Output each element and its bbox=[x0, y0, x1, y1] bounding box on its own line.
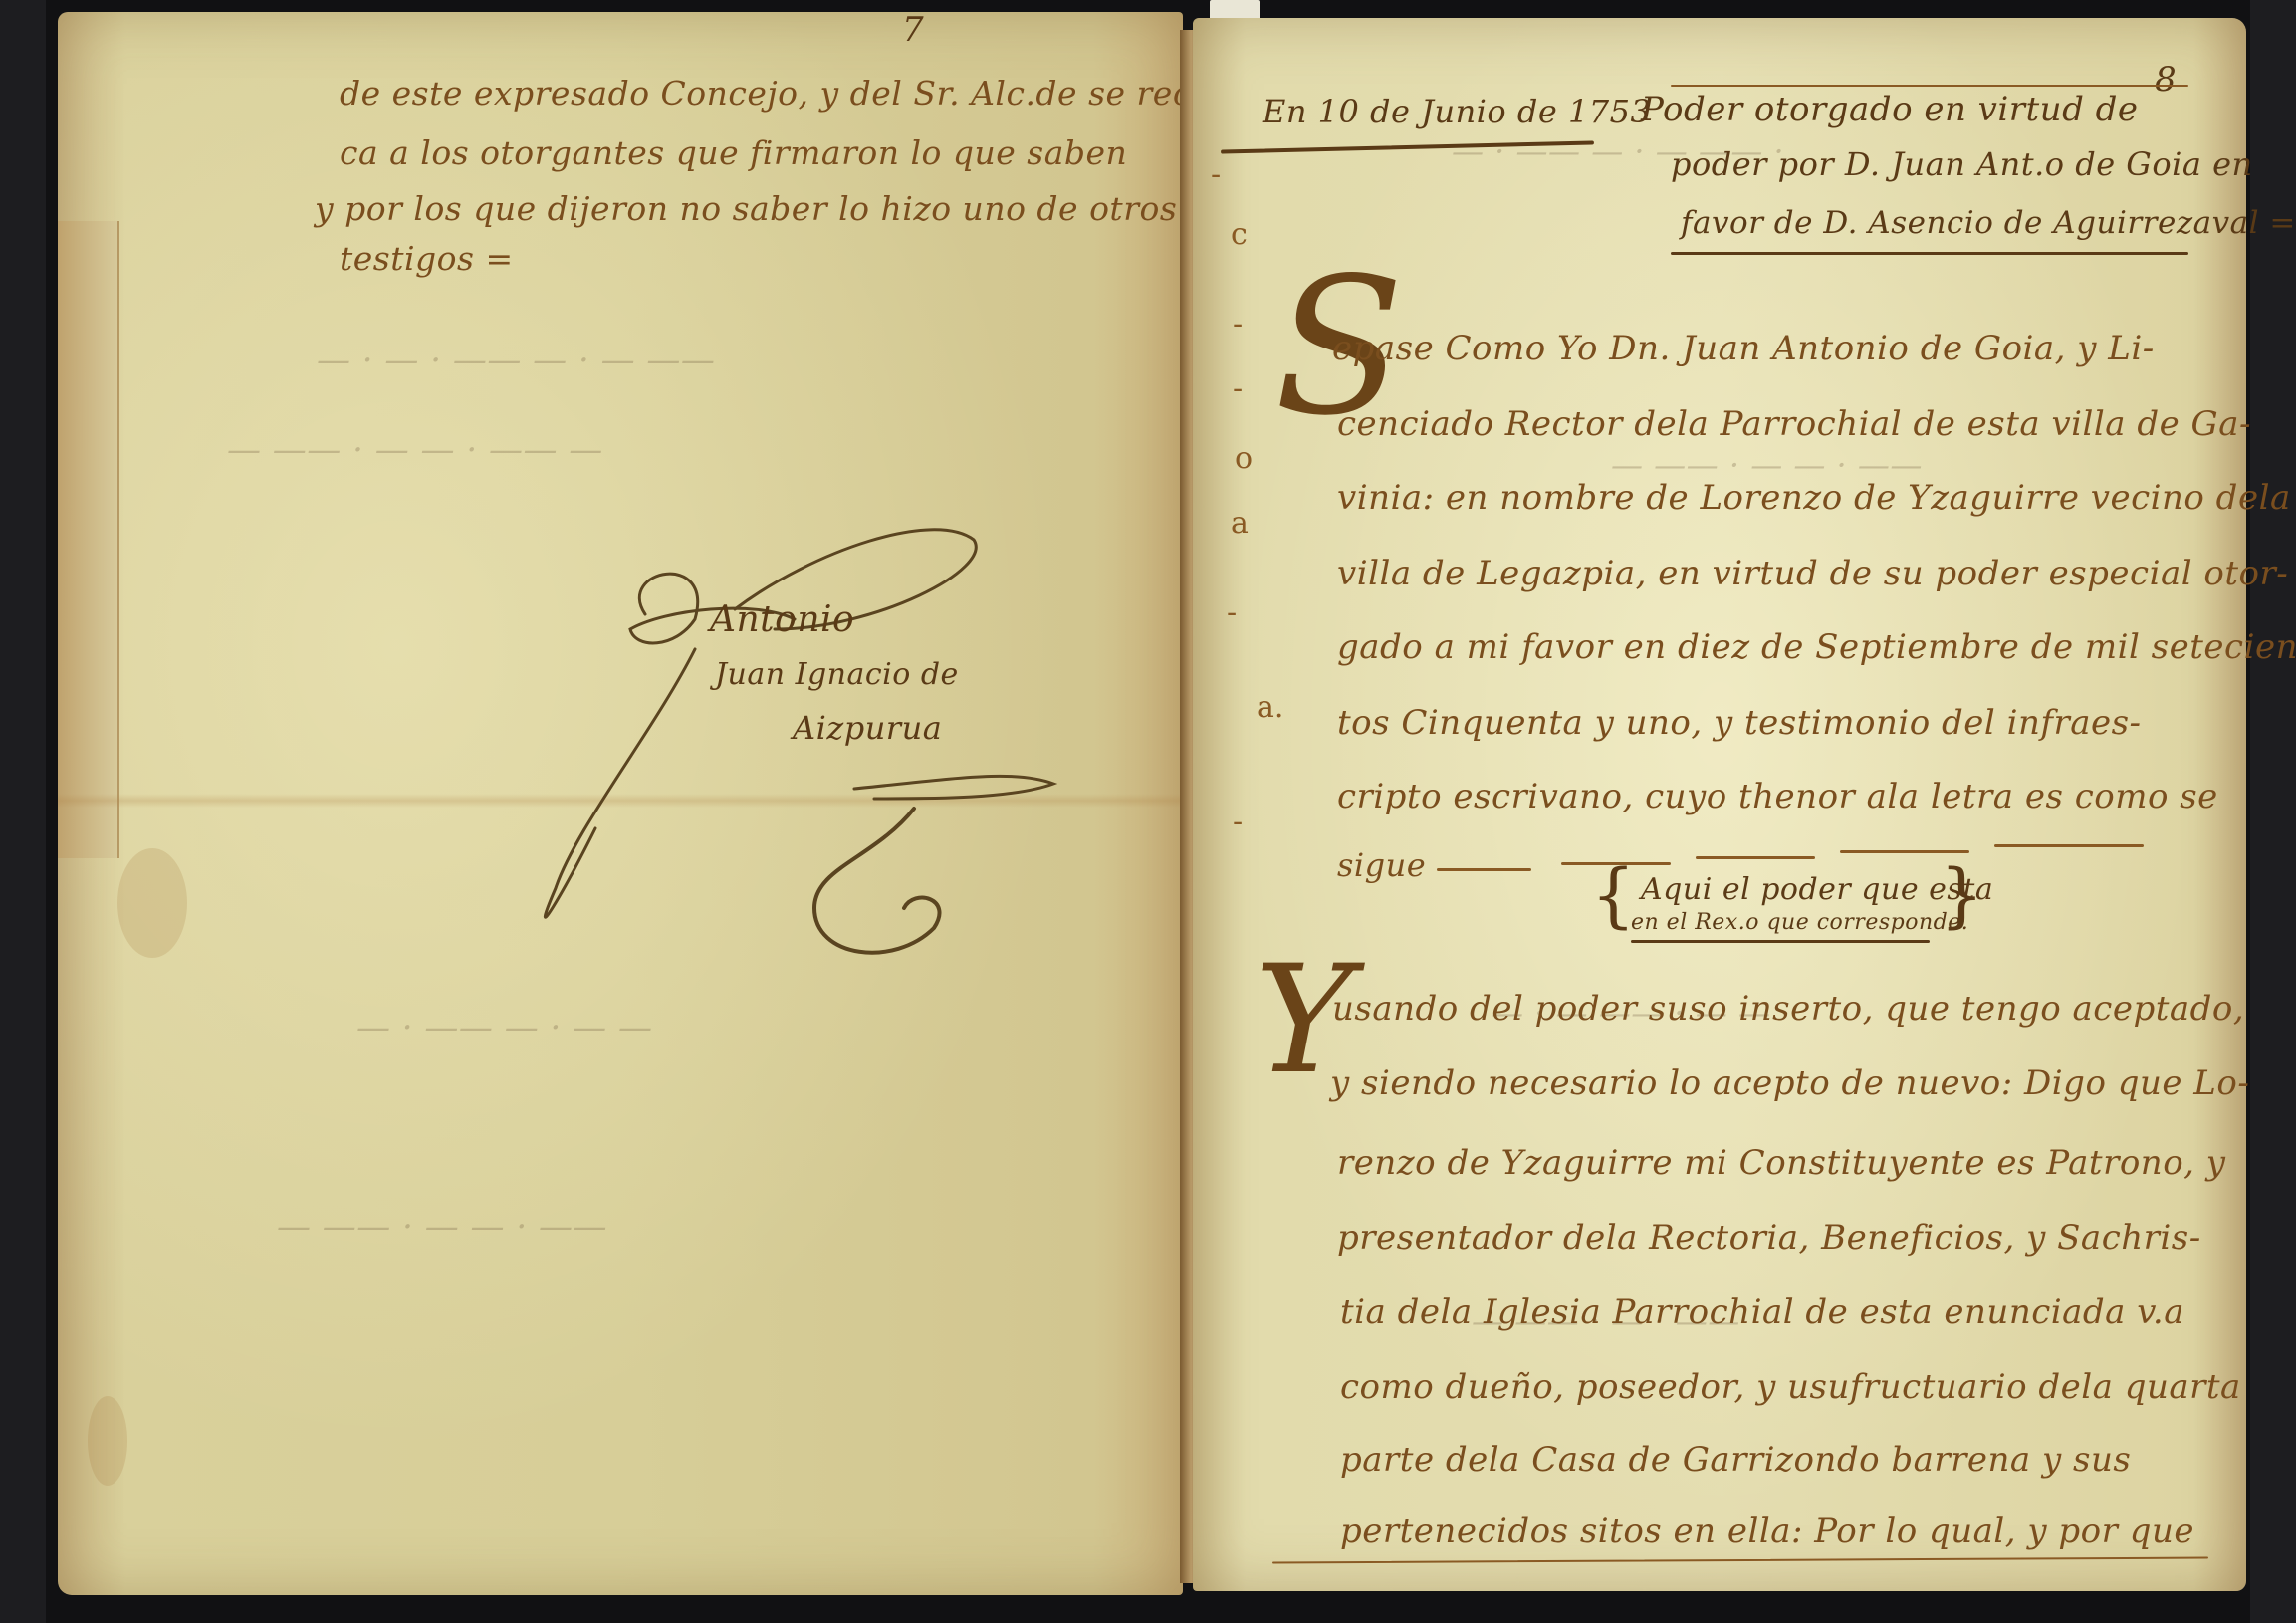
text-line: como dueño, poseedor, y usufructuario de… bbox=[1340, 1367, 2241, 1407]
text-line: parte dela Casa de Garrizondo barrena y … bbox=[1340, 1440, 2131, 1480]
folio-number: 8 bbox=[2155, 60, 2177, 100]
text-line: presentador dela Rectoria, Beneficios, y… bbox=[1337, 1218, 2201, 1258]
insert-note-line: en el Rex.o que corresponde. bbox=[1631, 910, 1968, 935]
title-overline bbox=[1671, 85, 2188, 87]
margin-mark: - bbox=[1233, 805, 1243, 839]
brace-right: } bbox=[1940, 854, 1984, 936]
closing-rule bbox=[1272, 1557, 2208, 1564]
brace-left: { bbox=[1591, 854, 1636, 936]
title-line: Poder otorgado en virtud de bbox=[1641, 90, 2139, 129]
text-line: epase Como Yo Dn. Juan Antonio de Goia, … bbox=[1332, 329, 2155, 368]
text-line: gado a mi favor en diez de Septiembre de… bbox=[1337, 627, 2296, 667]
margin-mark: o bbox=[1235, 441, 1253, 476]
margin-mark: a bbox=[1231, 506, 1249, 541]
margin-mark: - bbox=[1233, 307, 1243, 342]
title-underline bbox=[1671, 252, 2188, 255]
margin-mark: - bbox=[1233, 371, 1243, 406]
title-line: favor de D. Asencio de Aguirrezaval = bbox=[1681, 205, 2296, 241]
scanner-border-left bbox=[0, 0, 46, 1623]
date-header: En 10 de Junio de 1753 bbox=[1263, 93, 1651, 130]
text-line: sigue bbox=[1337, 846, 1426, 884]
text-line: villa de Legazpia, en virtud de su poder… bbox=[1337, 554, 2288, 593]
line-filler bbox=[1840, 850, 1969, 853]
margin-mark: c bbox=[1231, 217, 1248, 252]
text-line: pertenecidos sitos en ella: Por lo qual,… bbox=[1340, 1511, 2194, 1551]
signature-flourish-icon bbox=[58, 12, 1183, 1595]
right-page: — · —— — · — —— · — —— · — — · —— — · — … bbox=[1193, 18, 2246, 1591]
signature-line: Antonio bbox=[710, 599, 854, 640]
signature-line: Juan Ignacio de bbox=[715, 657, 959, 692]
text-line: tos Cinquenta y uno, y testimonio del in… bbox=[1337, 703, 2142, 743]
line-filler bbox=[1696, 856, 1815, 859]
margin-mark: - bbox=[1211, 157, 1221, 192]
scanner-border-right bbox=[2250, 0, 2296, 1623]
margin-mark: - bbox=[1227, 595, 1237, 630]
text-line: renzo de Yzaguirre mi Constituyente es P… bbox=[1337, 1143, 2226, 1183]
title-line: poder por D. Juan Ant.o de Goia en bbox=[1671, 145, 2253, 183]
line-filler bbox=[1994, 844, 2144, 847]
signature-line: Aizpurua bbox=[793, 709, 942, 747]
text-line: cripto escrivano, cuyo thenor ala letra … bbox=[1337, 777, 2218, 816]
text-line: usando del poder suso inserto, que tengo… bbox=[1332, 989, 2244, 1029]
left-page: — · — · —— — · — —— — —— · — — · —— — — … bbox=[58, 12, 1183, 1595]
insert-note-underline bbox=[1631, 940, 1930, 943]
line-filler bbox=[1437, 868, 1531, 871]
text-line: cenciado Rector dela Parrochial de esta … bbox=[1337, 404, 2251, 444]
text-line: tia dela Iglesia Parrochial de esta enun… bbox=[1340, 1292, 2184, 1332]
text-line: y siendo necesario lo acepto de nuevo: D… bbox=[1330, 1063, 2249, 1103]
margin-mark: a. bbox=[1257, 690, 1283, 725]
text-line: vinia: en nombre de Lorenzo de Yzaguirre… bbox=[1337, 478, 2291, 518]
